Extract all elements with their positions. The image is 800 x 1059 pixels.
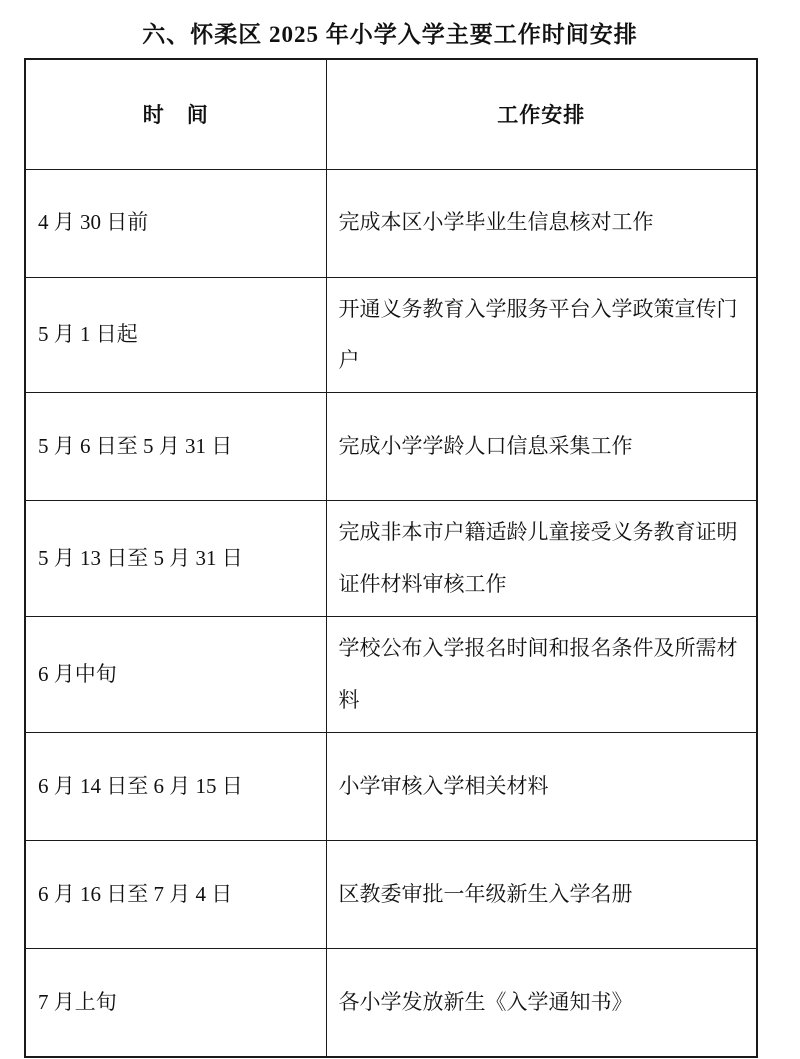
time-cell: 5 月 1 日起	[25, 277, 326, 393]
schedule-table: 时 间 工作安排 4 月 30 日前 完成本区小学毕业生信息核对工作 5 月 1…	[24, 58, 758, 1058]
task-cell: 完成小学学龄人口信息采集工作	[326, 393, 757, 501]
time-cell: 6 月中旬	[25, 617, 326, 733]
task-cell: 区教委审批一年级新生入学名册	[326, 841, 757, 949]
table-row: 6 月 14 日至 6 月 15 日 小学审核入学相关材料	[25, 733, 757, 841]
time-cell: 6 月 14 日至 6 月 15 日	[25, 733, 326, 841]
task-cell: 完成非本市户籍适龄儿童接受义务教育证明证件材料审核工作	[326, 501, 757, 617]
table-header-row: 时 间 工作安排	[25, 59, 757, 169]
table-row: 6 月中旬 学校公布入学报名时间和报名条件及所需材料	[25, 617, 757, 733]
table-row: 5 月 1 日起 开通义务教育入学服务平台入学政策宣传门户	[25, 277, 757, 393]
table-row: 6 月 16 日至 7 月 4 日 区教委审批一年级新生入学名册	[25, 841, 757, 949]
table-row: 4 月 30 日前 完成本区小学毕业生信息核对工作	[25, 169, 757, 277]
time-cell: 7 月上旬	[25, 949, 326, 1057]
time-cell: 6 月 16 日至 7 月 4 日	[25, 841, 326, 949]
task-cell: 小学审核入学相关材料	[326, 733, 757, 841]
task-cell: 完成本区小学毕业生信息核对工作	[326, 169, 757, 277]
page-title: 六、怀柔区 2025 年小学入学主要工作时间安排	[24, 16, 756, 49]
table-row: 7 月上旬 各小学发放新生《入学通知书》	[25, 949, 757, 1057]
header-task: 工作安排	[326, 59, 757, 169]
table-row: 5 月 13 日至 5 月 31 日 完成非本市户籍适龄儿童接受义务教育证明证件…	[25, 501, 757, 617]
table-row: 5 月 6 日至 5 月 31 日 完成小学学龄人口信息采集工作	[25, 393, 757, 501]
time-cell: 5 月 13 日至 5 月 31 日	[25, 501, 326, 617]
header-time: 时 间	[25, 59, 326, 169]
time-cell: 5 月 6 日至 5 月 31 日	[25, 393, 326, 501]
task-cell: 各小学发放新生《入学通知书》	[326, 949, 757, 1057]
task-cell: 开通义务教育入学服务平台入学政策宣传门户	[326, 277, 757, 393]
task-cell: 学校公布入学报名时间和报名条件及所需材料	[326, 617, 757, 733]
document-page: 六、怀柔区 2025 年小学入学主要工作时间安排 时 间 工作安排 4 月 30…	[0, 0, 800, 1059]
time-cell: 4 月 30 日前	[25, 169, 326, 277]
